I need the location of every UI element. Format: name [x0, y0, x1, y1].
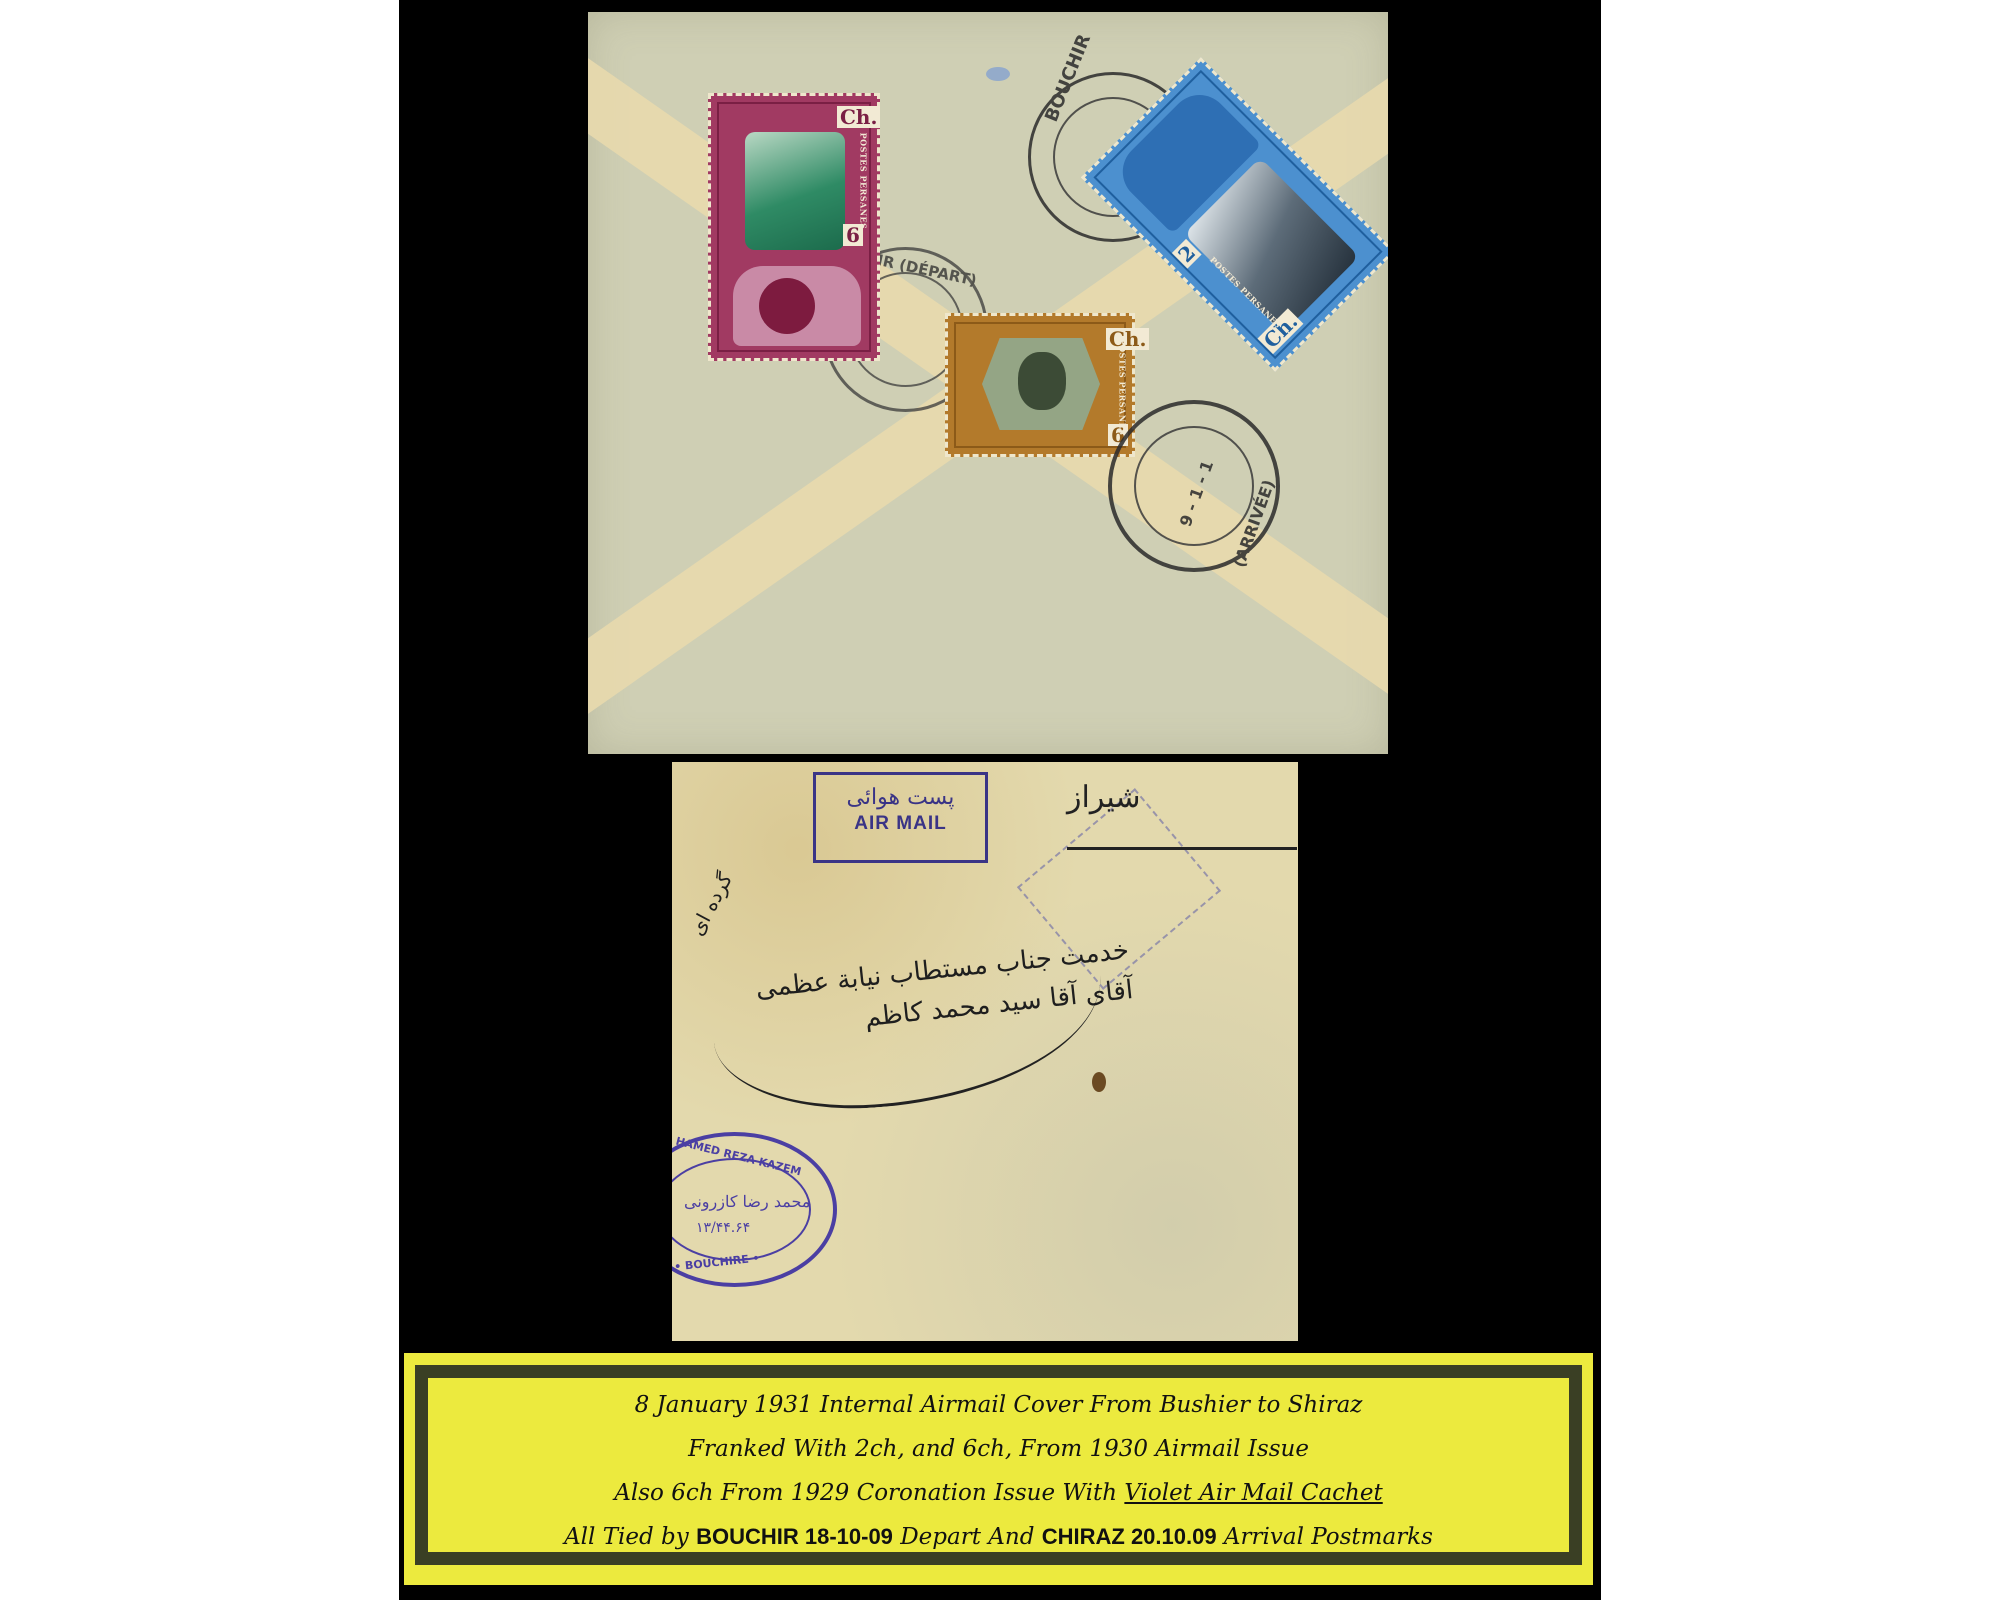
envelope-back: BOUCHIR HIR (DÉPART) Ch. 6 POSTES PERSAN…	[588, 12, 1388, 754]
stamp-6ch-coronation: Ch. 6 POSTES PERSANES	[945, 313, 1135, 457]
caption-line-3: Also 6ch From 1929 Coronation Issue With…	[428, 1471, 1569, 1515]
envelope-front: پست هوائی AIR MAIL شیراز خدمت جناب مستطا…	[672, 762, 1298, 1341]
merchant-cachet: HAMED REZA KAZEM محمد رضا کازرونی ۱۳/۴۴.…	[672, 1132, 837, 1287]
chiraz-arrival-postmark: (ARRIVÉE) 9 - 1 - 1	[1108, 400, 1280, 572]
caption-line-1: 8 January 1931 Internal Airmail Cover Fr…	[428, 1383, 1569, 1427]
ink-mark	[986, 67, 1010, 81]
destination-underline	[1067, 847, 1297, 850]
air-mail-cachet: پست هوائی AIR MAIL	[813, 772, 988, 863]
airship-vignette	[745, 132, 845, 250]
caption-underlined-text: Violet Air Mail Cachet	[1124, 1480, 1382, 1506]
caption-label: 8 January 1931 Internal Airmail Cover Fr…	[404, 1353, 1593, 1585]
caption-line-2: Franked With 2ch, and 6ch, From 1930 Air…	[428, 1427, 1569, 1471]
destination-text: شیراز	[1067, 780, 1141, 815]
stamp-6ch-airmail: Ch. 6 POSTES PERSANES	[708, 93, 880, 361]
ink-stain	[1092, 1072, 1106, 1092]
caption-line-4: All Tied by BOUCHIR 18-10-09 Depart And …	[428, 1515, 1569, 1559]
